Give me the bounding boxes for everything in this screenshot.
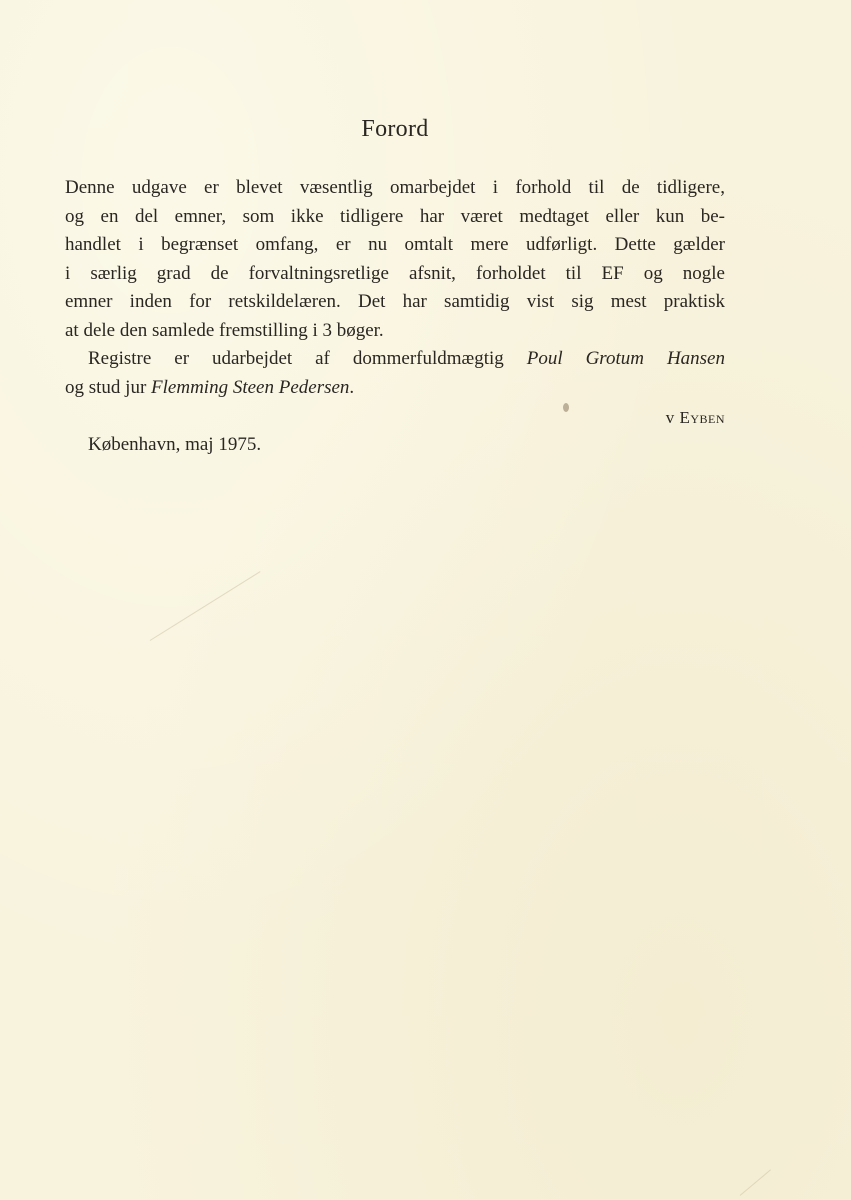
text-run: og stud jur [65, 377, 151, 398]
paper-crease [740, 1169, 771, 1195]
author-signature: v Eyben [666, 408, 725, 428]
text-line: og en del emner, som ikke tidligere har … [65, 203, 725, 232]
paragraph-2: Registre er udarbejdet af dommerfuldmægt… [65, 345, 725, 402]
text-run: Registre er udarbejdet af dommerfuldmægt… [88, 348, 527, 369]
person-name: Poul Grotum Hansen [527, 348, 725, 369]
text-line: handlet i begrænset omfang, er nu omtalt… [65, 231, 725, 260]
text-line: emner inden for retskildelæren. Det har … [65, 288, 725, 317]
person-name: Flemming Steen Pedersen [151, 377, 349, 398]
ink-smudge [563, 403, 569, 412]
signature-name: Eyben [679, 408, 725, 427]
paper-crease [150, 571, 261, 641]
text-line: og stud jur Flemming Steen Pedersen. [65, 374, 725, 403]
text-line: i særlig grad de forvaltningsretlige afs… [65, 260, 725, 289]
text-run: . [349, 377, 354, 398]
text-line: Registre er udarbejdet af dommerfuldmægt… [65, 345, 725, 374]
place-date: København, maj 1975. [88, 434, 261, 456]
signature-initial: v [666, 408, 675, 427]
text-line: at dele den samlede fremstilling i 3 bøg… [65, 317, 725, 346]
text-line: Denne udgave er blevet væsentlig omarbej… [65, 174, 725, 203]
page-title: Forord [65, 116, 725, 143]
paragraph-1: Denne udgave er blevet væsentlig omarbej… [65, 174, 725, 345]
preface-body: Denne udgave er blevet væsentlig omarbej… [65, 174, 725, 402]
